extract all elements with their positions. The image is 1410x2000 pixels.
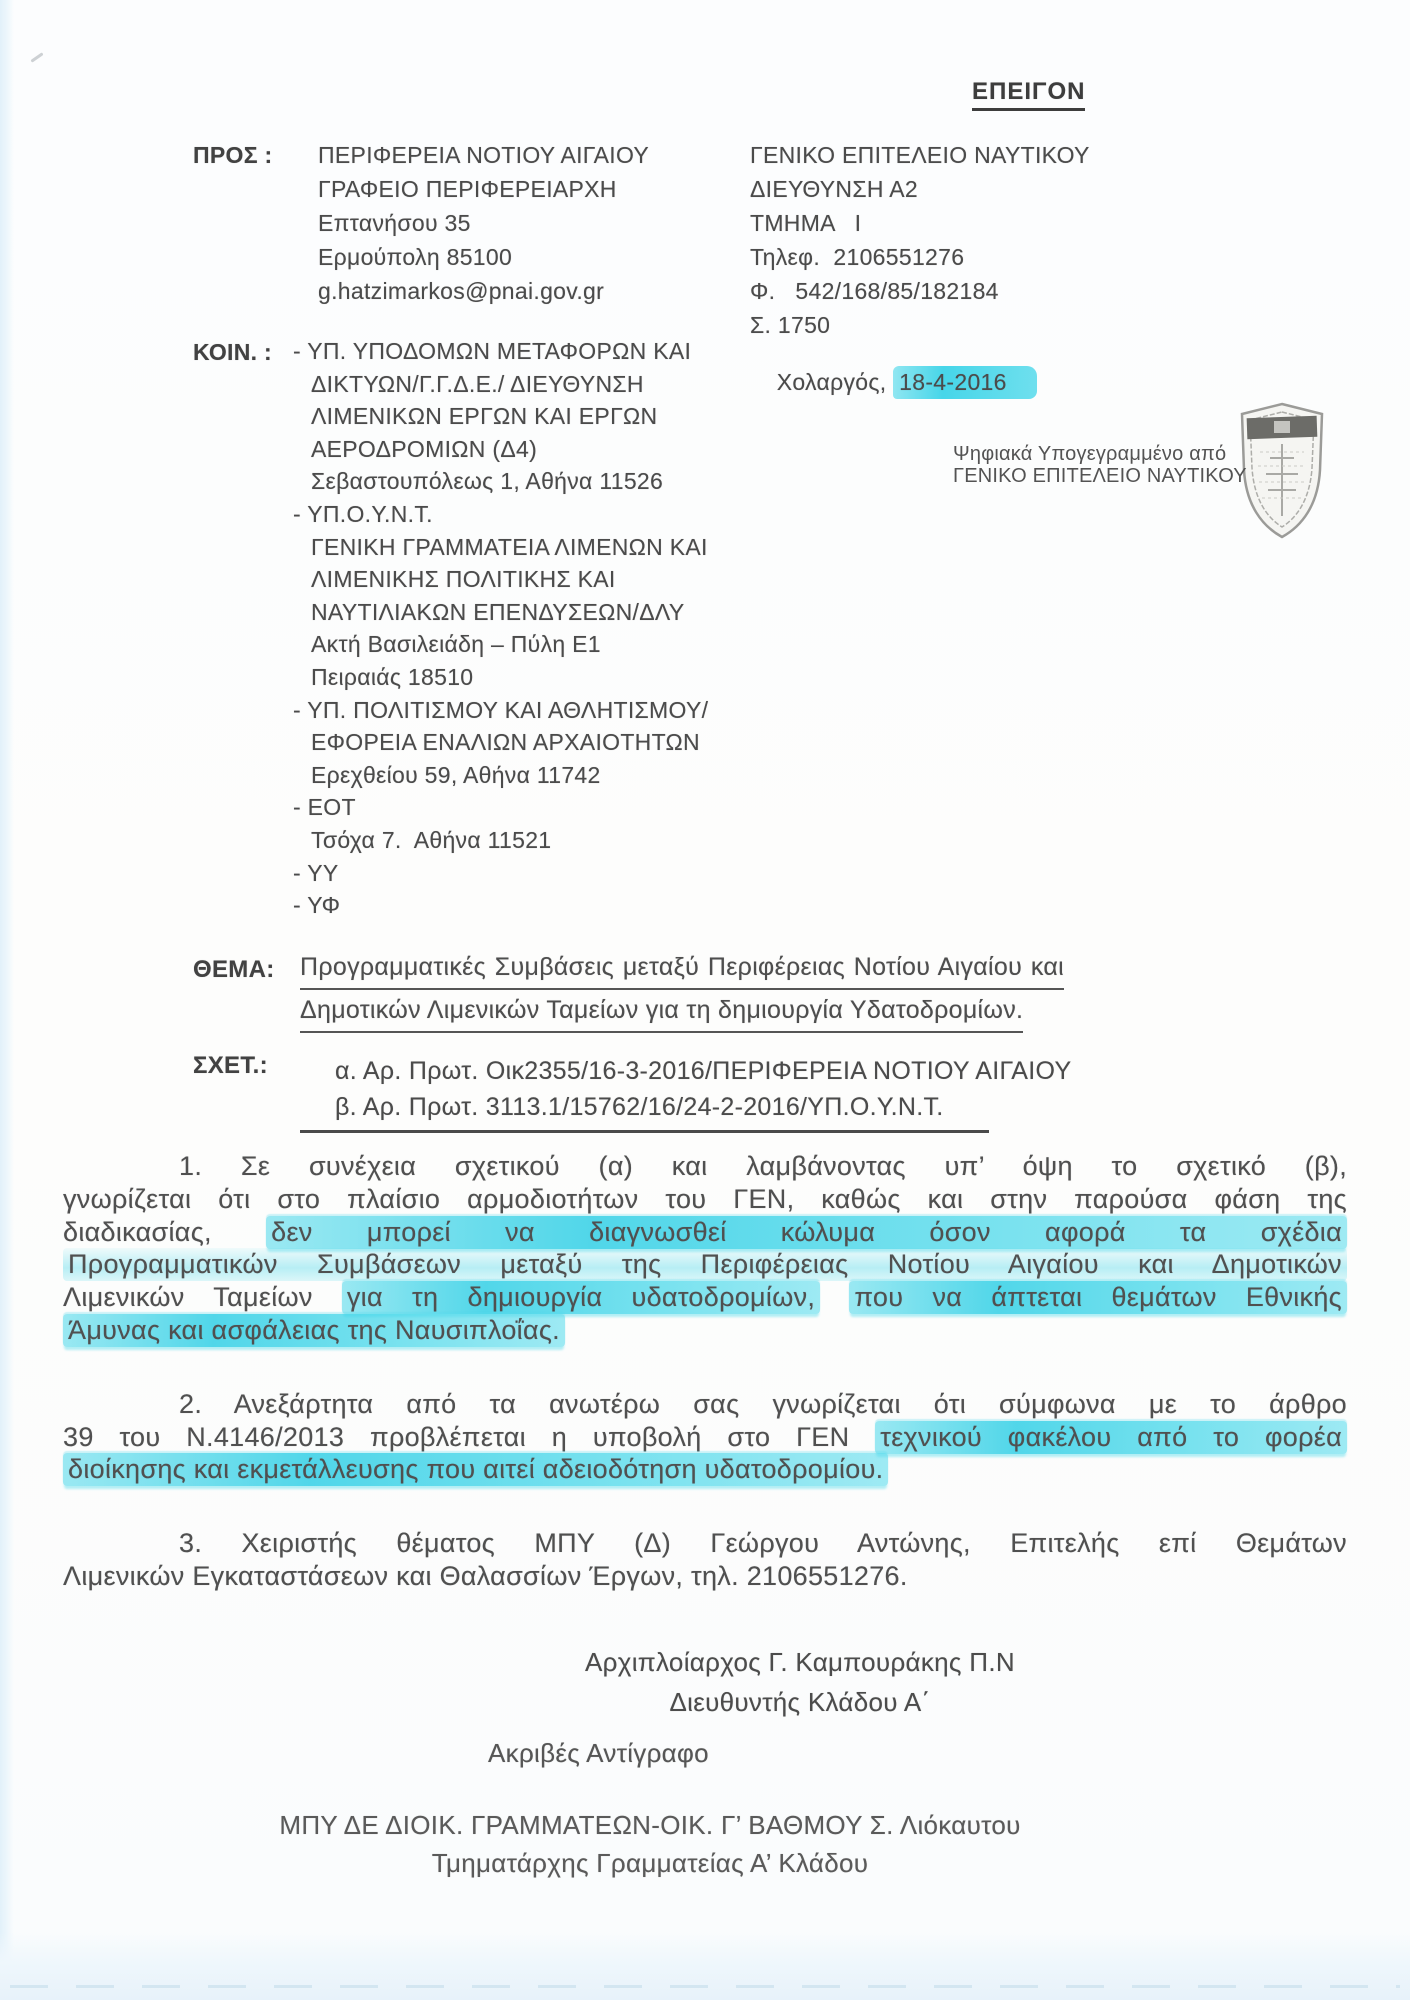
sender-line: ΤΜΗΜΑ Ι: [750, 206, 1170, 240]
reference-item-a: α. Αρ. Πρωτ. Οικ2355/16-3-2016/ΠΕΡΙΦΕΡΕΙ…: [335, 1052, 1295, 1090]
body-text: 2. Ανεξάρτητα από τα ανωτέρω σας γνωρίζε…: [179, 1389, 1347, 1419]
recipient-line: g.hatzimarkos@pnai.gov.gr: [300, 274, 740, 308]
body-text: 39 του Ν.4146/2013 προβλέπεται η υποβολή…: [63, 1422, 875, 1452]
body-paragraph: 2. Ανεξάρτητα από τα ανωτέρω σας γνωρίζε…: [63, 1388, 1347, 1486]
sender-line: ΓΕΝΙΚΟ ΕΠΙΤΕΛΕΙΟ ΝΑΥΤΙΚΟΥ: [750, 138, 1170, 172]
cc-line: Ακτή Βασιλειάδη – Πύλη Ε1: [293, 628, 763, 661]
cc-line: Σεβαστουπόλεως 1, Αθήνα 11526: [293, 465, 763, 498]
body-line: Άμυνας και ασφάλειας της Ναυσιπλοΐας.: [63, 1314, 1347, 1347]
body-text: 1. Σε συνέχεια σχετικού (α) και λαμβάνον…: [179, 1151, 1347, 1181]
cc-line: ΕΦΟΡΕΙΑ ΕΝΑΛΙΩΝ ΑΡΧΑΙΟΤΗΤΩΝ: [293, 726, 763, 759]
body-line: διοίκησης και εκμετάλλευσης που αιτεί αδ…: [63, 1453, 1347, 1486]
subject-line-1: Προγραμματικές Συμβάσεις μεταξύ Περιφέρε…: [300, 952, 1064, 990]
sender-place: Χολαργός,: [777, 369, 893, 395]
body-line: 1. Σε συνέχεια σχετικού (α) και λαμβάνον…: [63, 1150, 1347, 1183]
references-label: ΣΧΕΤ.:: [193, 1052, 268, 1080]
cc-line: - ΥΦ: [293, 889, 763, 922]
cc-line: ΓΕΝΙΚΗ ΓΡΑΜΜΑΤΕΙΑ ΛΙΜΕΝΩΝ ΚΑΙ: [293, 531, 763, 564]
certification-lines: ΜΠΥ ΔΕ ΔΙΟΙΚ. ΓΡΑΜΜΑΤΕΩΝ-ΟΙΚ. Γ’ ΒΑΘΜΟΥ …: [150, 1806, 1150, 1882]
body-text: [820, 1282, 849, 1312]
highlighted-text: για τη δημιουργία υδατοδρομίων,: [342, 1281, 820, 1314]
body-paragraph: 3. Χειριστής θέματος ΜΠΥ (Δ) Γεώργου Αντ…: [63, 1527, 1347, 1593]
scan-artifact-mark: [30, 52, 43, 62]
cc-line: ΝΑΥΤΙΛΙΑΚΩΝ ΕΠΕΝΔΥΣΕΩΝ/ΔΛΥ: [293, 596, 763, 629]
stamp-line-2: ΓΕΝΙΚΟ ΕΠΙΤΕΛΕΙΟ ΝΑΥΤΙΚΟΥ: [953, 465, 1247, 487]
sender-line: Τηλεφ. 2106551276: [750, 240, 1170, 274]
body-line: Λιμενικών Ταμείων για τη δημιουργία υδατ…: [63, 1281, 1347, 1314]
stamp-line-1: Ψηφιακά Υπογεγραμμένο από: [953, 443, 1247, 465]
body-line: διαδικασίας, δεν μπορεί να διαγνωσθεί κώ…: [63, 1216, 1347, 1249]
subject-text: Προγραμματικές Συμβάσεις μεταξύ Περιφέρε…: [300, 952, 1064, 1033]
recipient-label: ΠΡΟΣ :: [193, 142, 273, 169]
sender-date-line: Χολαργός, 18-4-2016: [750, 342, 1037, 423]
sender-line: ΔΙΕΥΘΥΝΣΗ Α2: [750, 172, 1170, 206]
body-text: διαδικασίας,: [63, 1217, 266, 1247]
subject-line-2: Δημοτικών Λιμενικών Ταμείων για τη δημιο…: [300, 995, 1023, 1033]
recipient-line: ΓΡΑΦΕΙΟ ΠΕΡΙΦΕΡΕΙΑΡΧΗ: [300, 172, 740, 206]
cc-line: ΔΙΚΤΥΩΝ/Γ.Γ.Δ.Ε./ ΔΙΕΥΘΥΝΣΗ: [293, 368, 763, 401]
cc-line: Τσόχα 7. Αθήνα 11521: [293, 824, 763, 857]
scan-edge-left: [0, 0, 14, 2000]
cc-line: ΛΙΜΕΝΙΚΩΝ ΕΡΓΩΝ ΚΑΙ ΕΡΓΩΝ: [293, 400, 763, 433]
scan-edge-bottom: [0, 1932, 1410, 2000]
body-text: Λιμενικών Εγκαταστάσεων και Θαλασσίων Έρ…: [63, 1561, 908, 1591]
sender-lines: ΓΕΝΙΚΟ ΕΠΙΤΕΛΕΙΟ ΝΑΥΤΙΚΟΥΔΙΕΥΘΥΝΣΗ Α2ΤΜΗ…: [750, 138, 1170, 342]
scanned-letter-page: ΕΠΕΙΓΟΝ ΠΡΟΣ : ΠΕΡΙΦΕΡΕΙΑ ΝΟΤΙΟΥ ΑΙΓΑΙΟΥ…: [0, 0, 1410, 2000]
highlighted-text: τεχνικού φακέλου από το φορέα: [875, 1421, 1347, 1454]
cc-line: ΑΕΡΟΔΡΟΜΙΩΝ (Δ4): [293, 433, 763, 466]
date-highlight: 18-4-2016: [893, 366, 1037, 399]
highlighted-text: διοίκησης και εκμετάλλευσης που αιτεί αδ…: [63, 1453, 888, 1486]
certification-line-2: Τμηματάρχης Γραμματείας Α’ Κλάδου: [150, 1844, 1150, 1882]
cc-line: ΛΙΜΕΝΙΚΗΣ ΠΟΛΙΤΙΚΗΣ ΚΑΙ: [293, 563, 763, 596]
reference-item-b: β. Αρ. Πρωτ. 3113.1/15762/16/24-2-2016/Υ…: [300, 1090, 989, 1133]
recipient-line: Επτανήσου 35: [300, 206, 740, 240]
cc-line: - ΥΠ.Ο.Υ.Ν.Τ.: [293, 498, 763, 531]
body-line: 2. Ανεξάρτητα από τα ανωτέρω σας γνωρίζε…: [63, 1388, 1347, 1421]
signature-name: Αρχιπλοίαρχος Γ. Καμπουράκης Π.Ν: [480, 1642, 1120, 1682]
body-text: Λιμενικών Ταμείων: [63, 1282, 342, 1312]
navy-emblem-stamp-icon: [1232, 400, 1332, 542]
sender-line: Φ. 542/168/85/182184: [750, 274, 1170, 308]
signature-title: Διευθυντής Κλάδου Α΄: [480, 1682, 1120, 1722]
cc-line: - ΥΥ: [293, 857, 763, 890]
body-line: γνωρίζεται ότι στο πλαίσιο αρμοδιοτήτων …: [63, 1183, 1347, 1216]
body-line: 3. Χειριστής θέματος ΜΠΥ (Δ) Γεώργου Αντ…: [63, 1527, 1347, 1560]
body-line: 39 του Ν.4146/2013 προβλέπεται η υποβολή…: [63, 1421, 1347, 1454]
body-text: γνωρίζεται ότι στο πλαίσιο αρμοδιοτήτων …: [63, 1184, 1347, 1214]
body-paragraphs: 1. Σε συνέχεια σχετικού (α) και λαμβάνον…: [63, 1150, 1347, 1634]
recipient-line: Ερμούπολη 85100: [300, 240, 740, 274]
body-line: Λιμενικών Εγκαταστάσεων και Θαλασσίων Έρ…: [63, 1560, 1347, 1593]
cc-lines: - ΥΠ. ΥΠΟΔΟΜΩΝ ΜΕΤΑΦΟΡΩΝ ΚΑΙΔΙΚΤΥΩΝ/Γ.Γ.…: [293, 335, 763, 922]
references-items: α. Αρ. Πρωτ. Οικ2355/16-3-2016/ΠΕΡΙΦΕΡΕΙ…: [335, 1052, 1295, 1133]
certification-title: Ακριβές Αντίγραφο: [488, 1738, 709, 1769]
highlighted-text: Προγραμματικών Συμβάσεων μεταξύ της Περι…: [63, 1248, 1347, 1281]
cc-line: - ΕΟΤ: [293, 791, 763, 824]
cc-line: - ΥΠ. ΥΠΟΔΟΜΩΝ ΜΕΤΑΦΟΡΩΝ ΚΑΙ: [293, 335, 763, 368]
recipient-line: ΠΕΡΙΦΕΡΕΙΑ ΝΟΤΙΟΥ ΑΙΓΑΙΟΥ: [300, 138, 740, 172]
recipient-lines: ΠΕΡΙΦΕΡΕΙΑ ΝΟΤΙΟΥ ΑΙΓΑΙΟΥΓΡΑΦΕΙΟ ΠΕΡΙΦΕΡ…: [300, 138, 740, 308]
certification-line-1: ΜΠΥ ΔΕ ΔΙΟΙΚ. ΓΡΑΜΜΑΤΕΩΝ-ΟΙΚ. Γ’ ΒΑΘΜΟΥ …: [150, 1806, 1150, 1844]
highlighted-text: Άμυνας και ασφάλειας της Ναυσιπλοΐας.: [63, 1314, 565, 1347]
cc-line: Ερεχθείου 59, Αθήνα 11742: [293, 759, 763, 792]
urgency-header: ΕΠΕΙΓΟΝ: [972, 78, 1085, 111]
highlighted-text: δεν μπορεί να διαγνωσθεί κώλυμα όσον αφο…: [266, 1216, 1347, 1249]
body-paragraph: 1. Σε συνέχεια σχετικού (α) και λαμβάνον…: [63, 1150, 1347, 1347]
subject-label: ΘΕΜΑ:: [193, 956, 275, 984]
cc-line: - ΥΠ. ΠΟΛΙΤΙΣΜΟΥ ΚΑΙ ΑΘΛΗΤΙΣΜΟΥ/: [293, 694, 763, 727]
body-text: 3. Χειριστής θέματος ΜΠΥ (Δ) Γεώργου Αντ…: [179, 1528, 1347, 1558]
signature-block: Αρχιπλοίαρχος Γ. Καμπουράκης Π.Ν Διευθυν…: [480, 1642, 1120, 1722]
cc-line: Πειραιάς 18510: [293, 661, 763, 694]
cc-label: ΚΟΙΝ. :: [193, 339, 272, 366]
sender-line: Σ. 1750: [750, 308, 1170, 342]
body-line: Προγραμματικών Συμβάσεων μεταξύ της Περι…: [63, 1248, 1347, 1281]
digital-signature-stamp-text: Ψηφιακά Υπογεγραμμένο από ΓΕΝΙΚΟ ΕΠΙΤΕΛΕ…: [953, 443, 1247, 487]
highlighted-text: που να άπτεται θεμάτων Εθνικής: [849, 1281, 1347, 1314]
